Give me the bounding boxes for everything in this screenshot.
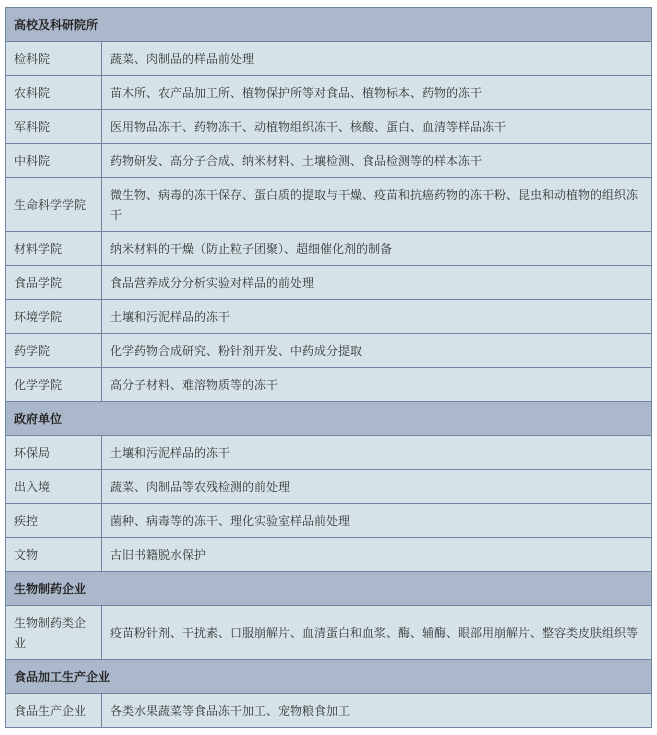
table-row: 生命科学学院 微生物、病毒的冻干保存、蛋白质的提取与干燥、疫苗和抗癌药物的冻干粉… [6,178,652,232]
institution-name: 农科院 [6,76,102,110]
table-row: 检科院 蔬菜、肉制品的样品前处理 [6,42,652,76]
group-title: 生物制药企业 [6,572,652,606]
application-desc: 各类水果蔬菜等食品冻干加工、宠物粮食加工 [102,694,652,728]
group-title: 高校及科研院所 [6,8,652,42]
institution-name: 生命科学学院 [6,178,102,232]
institution-name: 疾控 [6,504,102,538]
institution-name: 文物 [6,538,102,572]
application-desc: 食品营养成分分析实验对样品的前处理 [102,266,652,300]
institution-name: 化学学院 [6,368,102,402]
institution-name: 生物制药类企业 [6,606,102,660]
table-row: 食品生产企业 各类水果蔬菜等食品冻干加工、宠物粮食加工 [6,694,652,728]
application-desc: 化学药物合成研究、粉针剂开发、中药成分提取 [102,334,652,368]
group-header-biopharma: 生物制药企业 [6,572,652,606]
application-desc: 蔬菜、肉制品等农残检测的前处理 [102,470,652,504]
table-row: 出入境 蔬菜、肉制品等农残检测的前处理 [6,470,652,504]
application-desc: 土壤和污泥样品的冻干 [102,300,652,334]
institution-name: 出入境 [6,470,102,504]
application-desc: 药物研发、高分子合成、纳米材料、土壤检测、食品检测等的样本冻干 [102,144,652,178]
group-header-government: 政府单位 [6,402,652,436]
institution-name: 环境学院 [6,300,102,334]
table-row: 生物制药类企业 疫苗粉针剂、干扰素、口服崩解片、血清蛋白和血浆、酶、辅酶、眼部用… [6,606,652,660]
table-row: 化学学院 高分子材料、难溶物质等的冻干 [6,368,652,402]
table-row: 疾控 菌种、病毒等的冻干、理化实验室样品前处理 [6,504,652,538]
application-desc: 疫苗粉针剂、干扰素、口服崩解片、血清蛋白和血浆、酶、辅酶、眼部用崩解片、整容类皮… [102,606,652,660]
institution-name: 食品生产企业 [6,694,102,728]
application-desc: 苗木所、农产品加工所、植物保护所等对食品、植物标本、药物的冻干 [102,76,652,110]
application-table: 高校及科研院所 检科院 蔬菜、肉制品的样品前处理 农科院 苗木所、农产品加工所、… [5,7,652,728]
table-row: 环保局 土壤和污泥样品的冻干 [6,436,652,470]
group-header-universities: 高校及科研院所 [6,8,652,42]
application-desc: 纳米材料的干燥（防止粒子团聚）、超细催化剂的制备 [102,232,652,266]
application-desc: 高分子材料、难溶物质等的冻干 [102,368,652,402]
application-desc: 土壤和污泥样品的冻干 [102,436,652,470]
application-desc: 蔬菜、肉制品的样品前处理 [102,42,652,76]
table-row: 材料学院 纳米材料的干燥（防止粒子团聚）、超细催化剂的制备 [6,232,652,266]
institution-name: 材料学院 [6,232,102,266]
table-row: 军科院 医用物品冻干、药物冻干、动植物组织冻干、核酸、蛋白、血清等样品冻干 [6,110,652,144]
application-desc: 微生物、病毒的冻干保存、蛋白质的提取与干燥、疫苗和抗癌药物的冻干粉、昆虫和动植物… [102,178,652,232]
table-row: 文物 古旧书籍脱水保护 [6,538,652,572]
table-row: 中科院 药物研发、高分子合成、纳米材料、土壤检测、食品检测等的样本冻干 [6,144,652,178]
institution-name: 食品学院 [6,266,102,300]
institution-name: 军科院 [6,110,102,144]
application-desc: 医用物品冻干、药物冻干、动植物组织冻干、核酸、蛋白、血清等样品冻干 [102,110,652,144]
institution-name: 环保局 [6,436,102,470]
application-desc: 古旧书籍脱水保护 [102,538,652,572]
application-desc: 菌种、病毒等的冻干、理化实验室样品前处理 [102,504,652,538]
institution-name: 检科院 [6,42,102,76]
institution-name: 药学院 [6,334,102,368]
group-title: 政府单位 [6,402,652,436]
group-header-food-processing: 食品加工生产企业 [6,660,652,694]
institution-name: 中科院 [6,144,102,178]
table-row: 药学院 化学药物合成研究、粉针剂开发、中药成分提取 [6,334,652,368]
group-title: 食品加工生产企业 [6,660,652,694]
table-row: 农科院 苗木所、农产品加工所、植物保护所等对食品、植物标本、药物的冻干 [6,76,652,110]
table-row: 食品学院 食品营养成分分析实验对样品的前处理 [6,266,652,300]
table-row: 环境学院 土壤和污泥样品的冻干 [6,300,652,334]
